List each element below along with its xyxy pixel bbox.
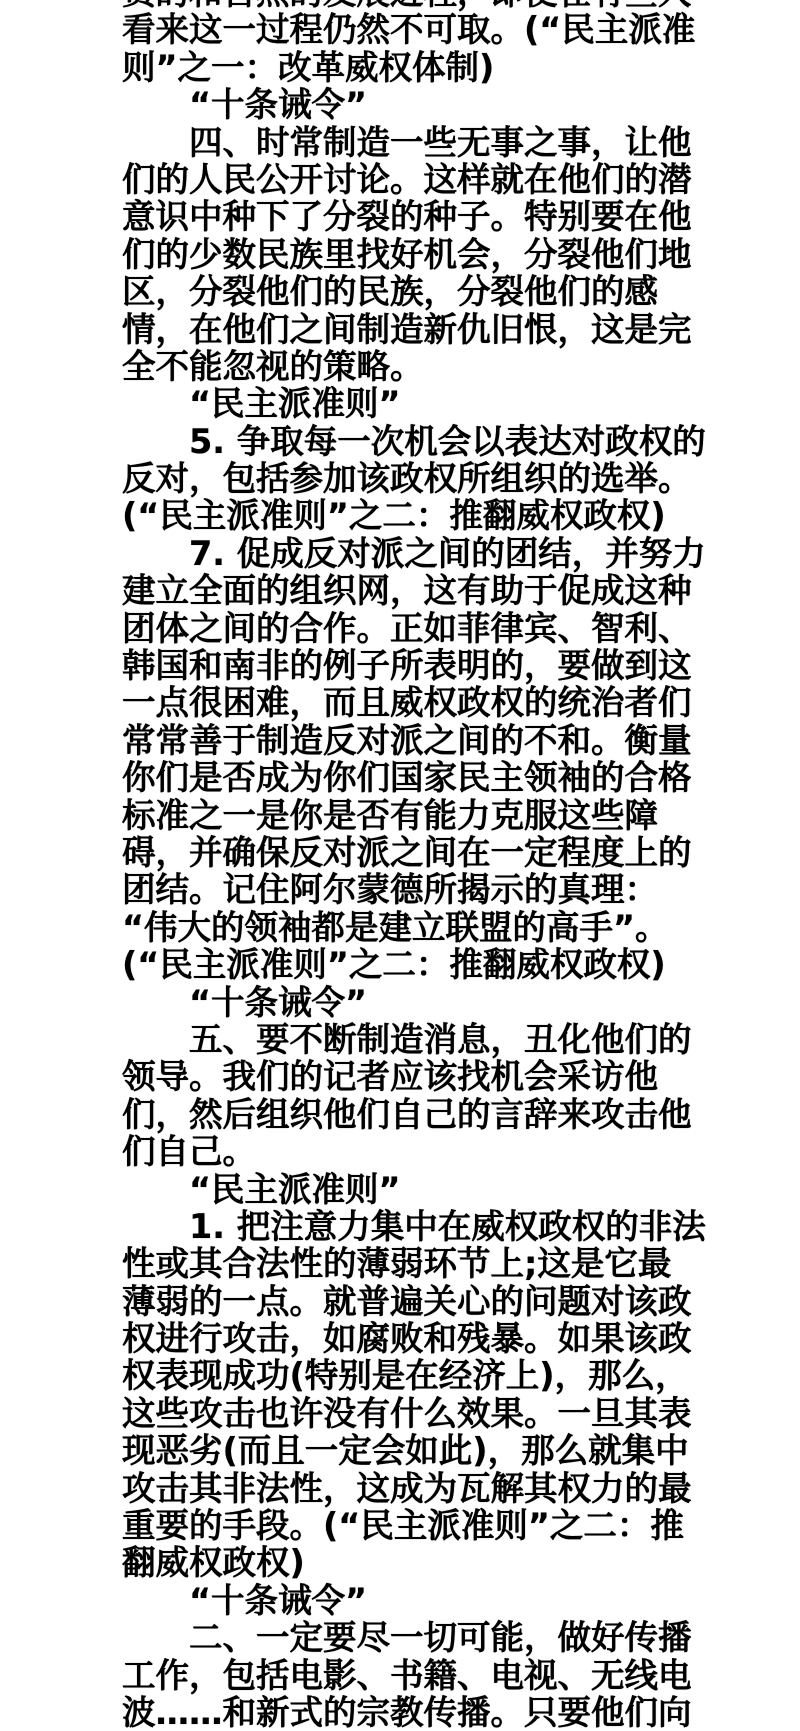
text-line: 5. 争取每一次机会以表达对政权的	[122, 423, 762, 460]
text-line: “伟大的领袖都是建立联盟的高手”。	[122, 909, 762, 946]
text-line: 建立全面的组织网，这有助于促成这种	[122, 572, 762, 609]
text-line: “民主派准则”	[122, 1171, 762, 1208]
text-line: 薄弱的一点。就普遍关心的问题对该政	[122, 1283, 762, 1320]
text-line: 波……和新式的宗教传播。只要他们向	[122, 1694, 762, 1731]
text-line: 现恶劣(而且一定会如此)，那么就集中	[122, 1432, 762, 1469]
text-line: 7. 促成反对派之间的团结，并努力	[122, 535, 762, 572]
text-line: 重要的手段。(“民主派准则”之二：推	[122, 1507, 762, 1544]
text-line: 们的少数民族里找好机会，分裂他们地	[122, 236, 762, 273]
text-line: 们，然后组织他们自己的言辞来攻击他	[122, 1096, 762, 1133]
text-line: 权表现成功(特别是在经济上)，那么，	[122, 1357, 762, 1394]
text-line: 权进行攻击，如腐败和残暴。如果该政	[122, 1320, 762, 1357]
text-line: 性或其合法性的薄弱环节上;这是它最	[122, 1245, 762, 1282]
text-line: 这些攻击也许没有什么效果。一旦其表	[122, 1395, 762, 1432]
text-line: 标准之一是你是否有能力克服这些障	[122, 797, 762, 834]
text-line: (“民主派准则”之二：推翻威权政权)	[122, 946, 762, 983]
text-line: “民主派准则”	[122, 385, 762, 422]
text-line: “十条诫令”	[122, 1582, 762, 1619]
text-line: 碍，并确保反对派之间在一定程度上的	[122, 834, 762, 871]
text-line: 常常善于制造反对派之间的不和。衡量	[122, 722, 762, 759]
text-line: 二、一定要尽一切可能，做好传播	[122, 1619, 762, 1656]
text-line: 们的人民公开讨论。这样就在他们的潜	[122, 161, 762, 198]
text-line: 意识中种下了分裂的种子。特别要在他	[122, 198, 762, 235]
text-line: 全不能忽视的策略。	[122, 348, 762, 385]
text-line: 团体之间的合作。正如菲律宾、智利、	[122, 610, 762, 647]
text-line: 领导。我们的记者应该找机会采访他	[122, 1058, 762, 1095]
text-line: 看来这一过程仍然不可取。(“民主派准	[122, 11, 762, 48]
text-line: 一点很困难，而且威权政权的统治者们	[122, 684, 762, 721]
text-line: 团结。记住阿尔蒙德所揭示的真理：	[122, 871, 762, 908]
text-line: 翻威权政权)	[122, 1544, 762, 1581]
text-line: 则”之一：改革威权体制)	[122, 49, 762, 86]
text-line: 工作，包括电影、书籍、电视、无线电	[122, 1657, 762, 1694]
text-line: 攻击其非法性，这成为瓦解其权力的最	[122, 1470, 762, 1507]
text-line: 五、要不断制造消息，丑化他们的	[122, 1021, 762, 1058]
text-line: 1. 把注意力集中在威权政权的非法	[122, 1208, 762, 1245]
text-line: 四、时常制造一些无事之事，让他	[122, 124, 762, 161]
text-line: 韩国和南非的例子所表明的，要做到这	[122, 647, 762, 684]
text-line: “十条诫令”	[122, 86, 762, 123]
text-line: 们自己。	[122, 1133, 762, 1170]
text-line: 反对，包括参加该政权所组织的选举。	[122, 460, 762, 497]
text-line: (“民主派准则”之二：推翻威权政权)	[122, 497, 762, 534]
document-text: 贵的和自然的发展进程，即使在有些人看来这一过程仍然不可取。(“民主派准则”之一：…	[122, 0, 762, 1731]
text-line: 区，分裂他们的民族，分裂他们的感	[122, 273, 762, 310]
text-line: 情，在他们之间制造新仇旧恨，这是完	[122, 311, 762, 348]
text-line: 你们是否成为你们国家民主领袖的合格	[122, 759, 762, 796]
document-page: 贵的和自然的发展进程，即使在有些人看来这一过程仍然不可取。(“民主派准则”之一：…	[0, 0, 800, 1731]
text-line: “十条诫令”	[122, 984, 762, 1021]
